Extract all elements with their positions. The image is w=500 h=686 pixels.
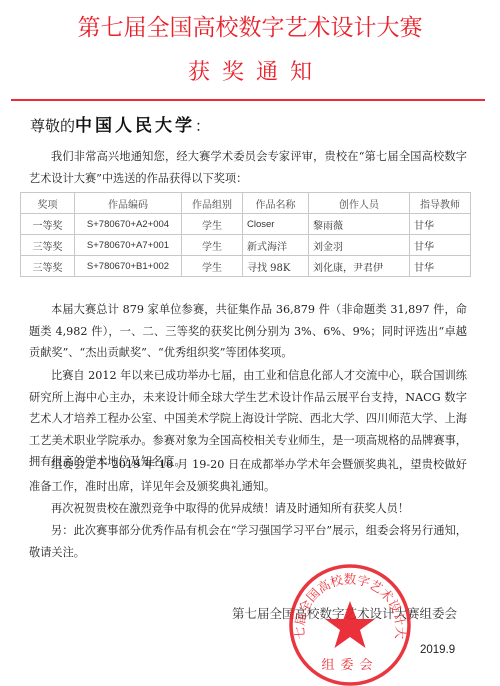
header-divider — [11, 99, 485, 101]
notice-subtitle: 获奖通知 — [0, 55, 500, 86]
svg-text:第七届全国高校数字艺术设计大赛: 第七届全国高校数字艺术设计大赛 — [288, 563, 408, 640]
salutation-prefix: 尊敬的 — [30, 117, 75, 135]
intro-paragraph: 我们非常高兴地通知您，经大赛学术委员会专家评审，贵校在“第七届全国高校数字艺术设… — [29, 146, 467, 189]
cell-group: 学生 — [182, 214, 243, 235]
seal-bottom-text: 组委会 — [321, 658, 378, 673]
col-header-creators: 创作人员 — [309, 193, 410, 214]
stats-paragraph: 本届大赛总计 879 家单位参赛，共征集作品 36,879 件（非命题类 31,… — [29, 299, 467, 364]
salutation: 尊敬的中国人民大学： — [30, 111, 210, 136]
cell-advisor: 甘华 — [410, 235, 471, 256]
col-header-award: 奖项 — [21, 193, 75, 214]
notice-title: 第七届全国高校数字艺术设计大赛 — [0, 9, 500, 42]
col-header-code: 作品编码 — [75, 193, 182, 214]
official-seal: 第七届全国高校数字艺术设计大赛 组委会 — [288, 563, 412, 686]
cell-award: 三等奖 — [21, 256, 75, 277]
ceremony-paragraph: 组委会定于 2019 年 10 月 19-20 日在成都举办学术年会暨颁奖典礼，… — [29, 454, 467, 497]
cell-group: 学生 — [182, 235, 243, 256]
table-row: 一等奖 S+780670+A2+004 学生 Closer 黎雨薇 甘华 — [21, 214, 471, 235]
note-paragraph: 另：此次赛事部分优秀作品有机会在“学习强国学习平台”展示，组委会将另行通知，敬请… — [29, 520, 467, 563]
table-row: 三等奖 S+780670+B1+002 学生 寻找 98K 刘化康，尹君伊 甘华 — [21, 256, 471, 277]
cell-advisor: 甘华 — [410, 214, 471, 235]
table-row: 三等奖 S+780670+A7+001 学生 新式海洋 刘金羽 甘华 — [21, 235, 471, 256]
cell-creators: 刘金羽 — [309, 235, 410, 256]
col-header-group: 作品组别 — [182, 193, 243, 214]
salutation-suffix: ： — [195, 117, 210, 135]
congrats-paragraph: 再次祝贺贵校在激烈竞争中取得的优异成绩！请及时通知所有获奖人员！ — [29, 498, 467, 520]
cell-creators: 黎雨薇 — [309, 214, 410, 235]
signature-organization: 第七届全国高校数字艺术设计大赛组委会 — [232, 604, 457, 622]
cell-group: 学生 — [182, 256, 243, 277]
cell-title: 新式海洋 — [243, 235, 309, 256]
cell-award: 三等奖 — [21, 235, 75, 256]
recipient-school: 中国人民大学 — [75, 116, 195, 136]
cell-title: 寻找 98K — [243, 256, 309, 277]
cell-advisor: 甘华 — [410, 256, 471, 277]
cell-code: S+780670+A2+004 — [75, 214, 182, 235]
cell-title: Closer — [243, 214, 309, 235]
seal-ring-text: 第七届全国高校数字艺术设计大赛 — [288, 563, 408, 640]
signature-date: 2019.9 — [420, 644, 455, 656]
cell-code: S+780670+A7+001 — [75, 235, 182, 256]
cell-code: S+780670+B1+002 — [75, 256, 182, 277]
table-header-row: 奖项 作品编码 作品组别 作品名称 创作人员 指导教师 — [21, 193, 471, 214]
awards-table: 奖项 作品编码 作品组别 作品名称 创作人员 指导教师 一等奖 S+780670… — [20, 192, 471, 277]
cell-award: 一等奖 — [21, 214, 75, 235]
col-header-advisor: 指导教师 — [410, 193, 471, 214]
col-header-title: 作品名称 — [243, 193, 309, 214]
cell-creators: 刘化康，尹君伊 — [309, 256, 410, 277]
